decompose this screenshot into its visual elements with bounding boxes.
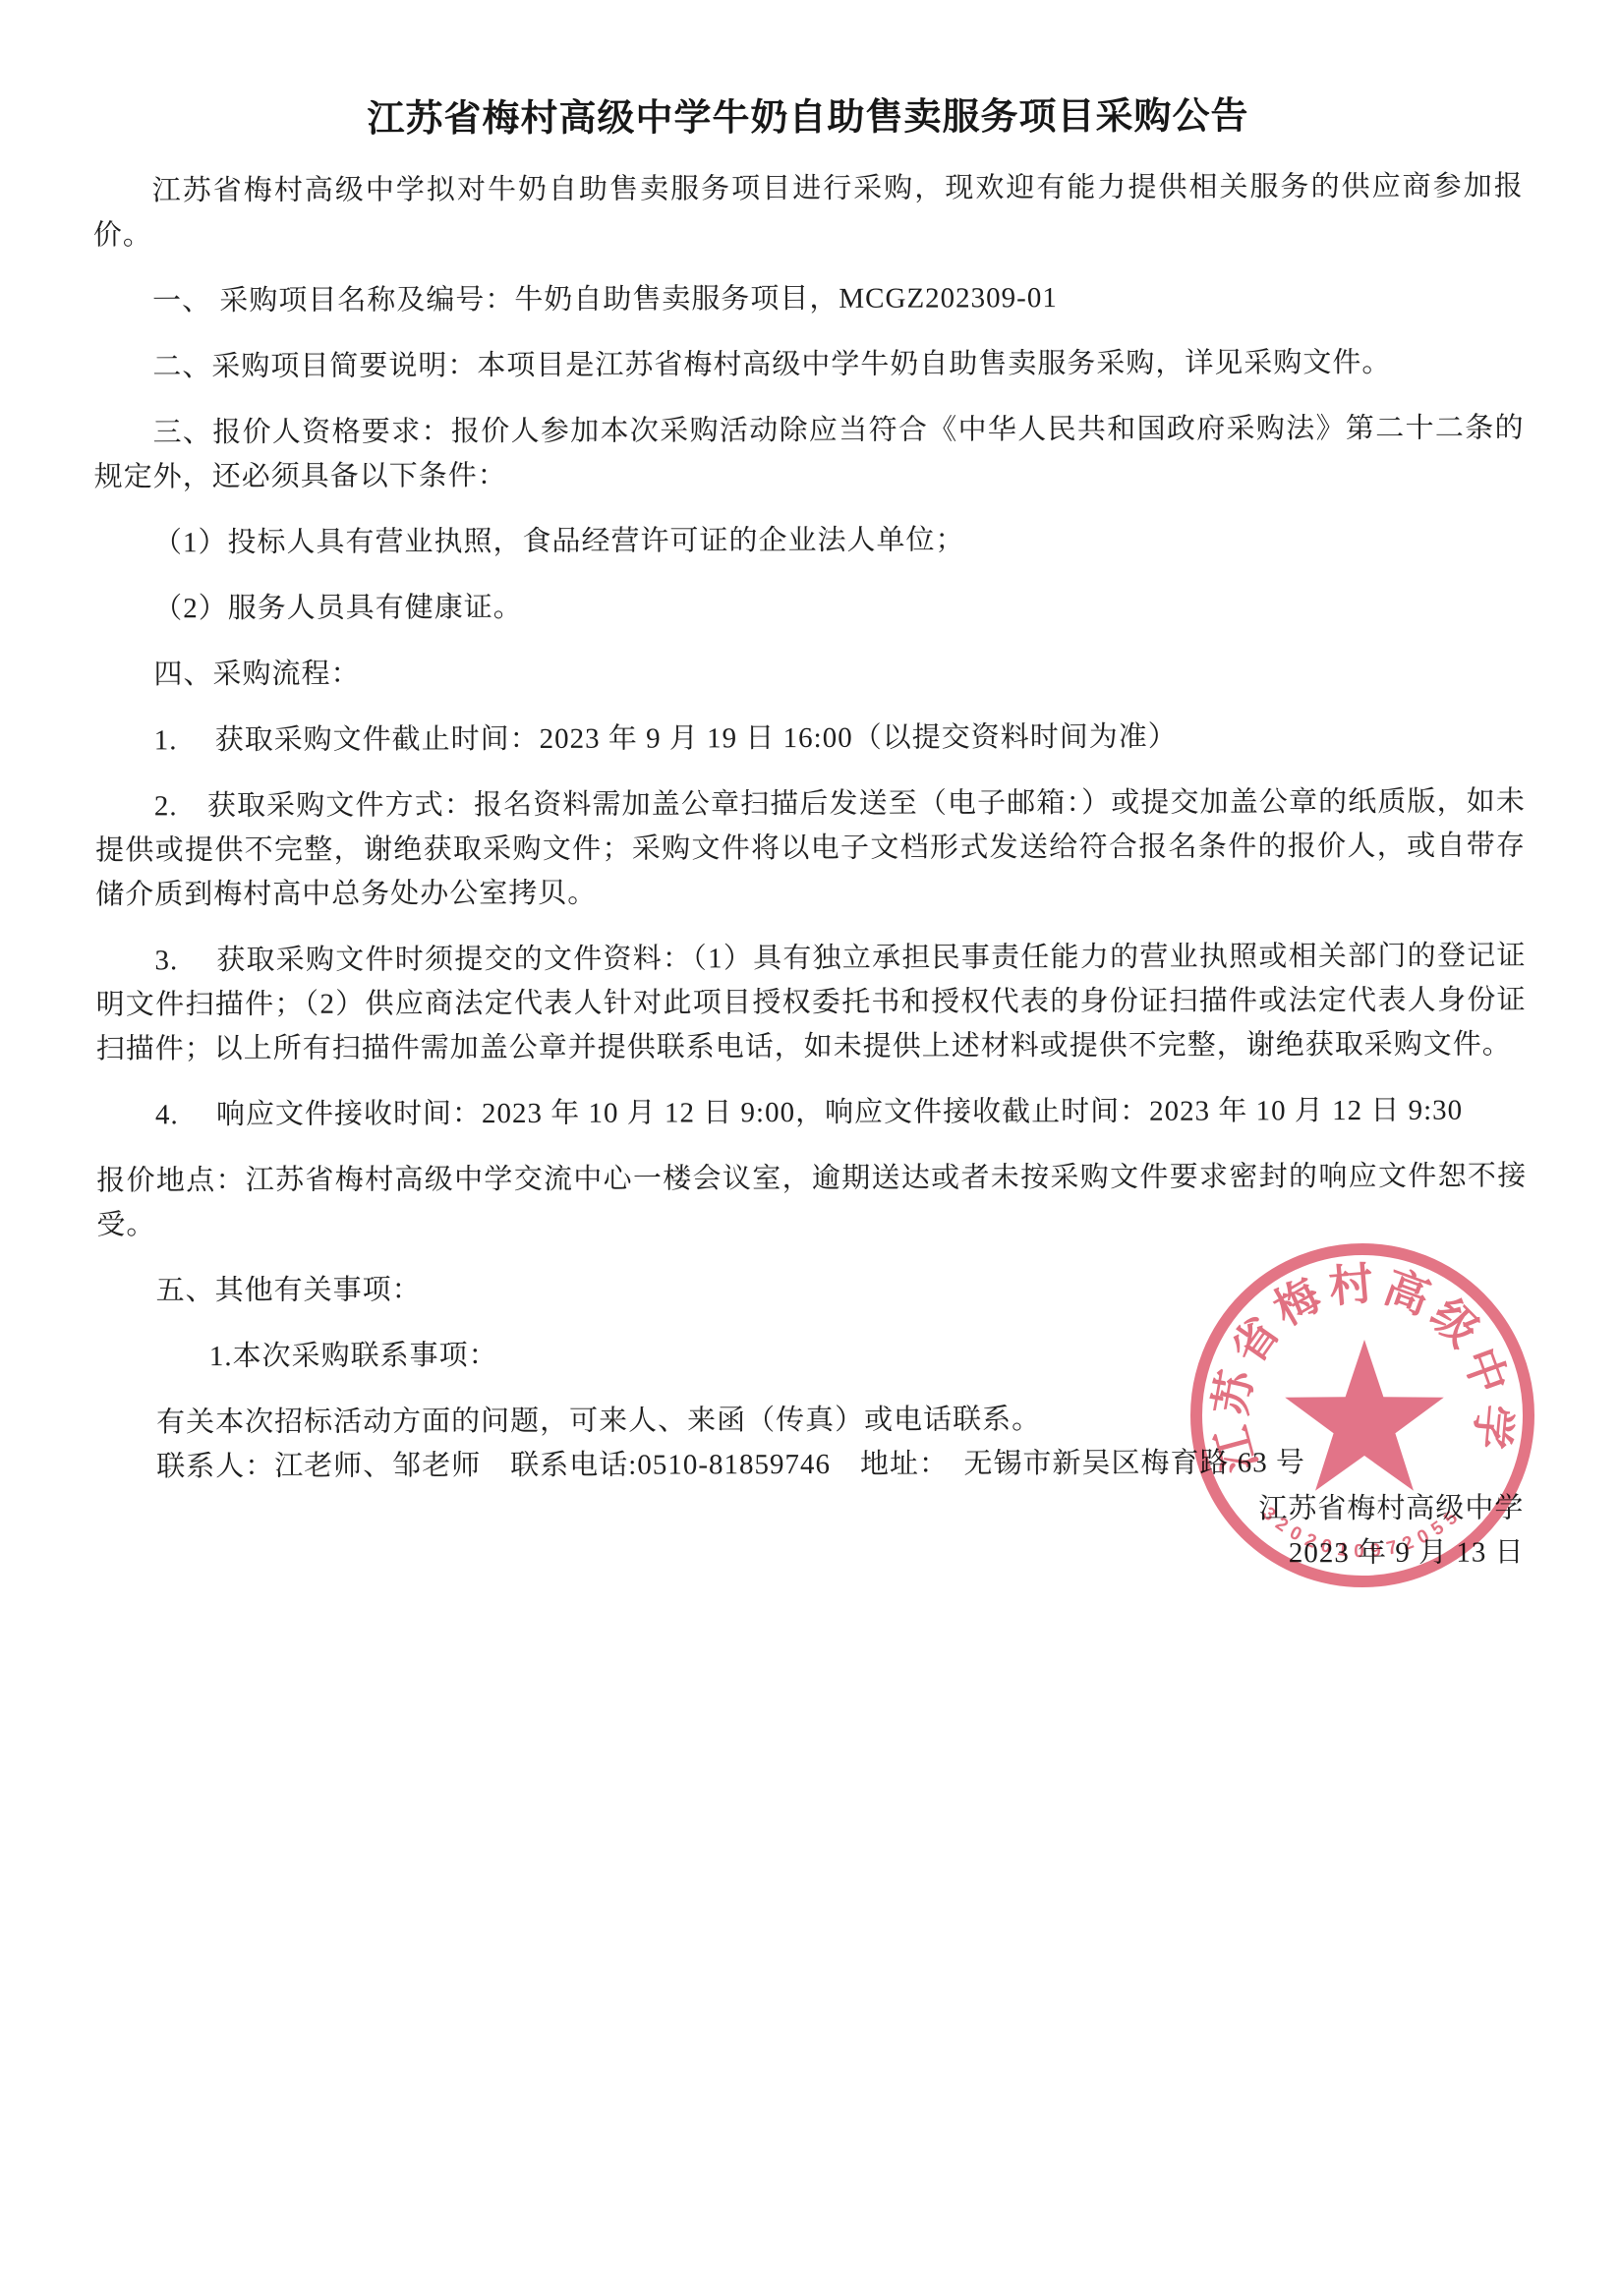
document-page: 江苏省梅村高级中学牛奶自助售卖服务项目采购公告 江苏省梅村高级中学拟对牛奶自助售… (0, 0, 1620, 2296)
para-contact-details: 联系人：江老师、邹老师 联系电话:0510-81859746 地址： 无锡市新吴… (97, 1440, 1528, 1489)
page-title: 江苏省梅村高级中学牛奶自助售卖服务项目采购公告 (92, 91, 1523, 143)
signature-date: 2023 年 9 月 13 日 (97, 1530, 1524, 1579)
para-condition-2: （2）服务人员具有健康证。 (94, 582, 1525, 631)
signature-org: 江苏省梅村高级中学 (97, 1486, 1524, 1535)
signature-block: 江苏省梅村高级中学 2023 年 9 月 13 日 (97, 1486, 1528, 1579)
para-section-3: 三、报价人资格要求：报价人参加本次采购活动除应当符合《中华人民共和国政府采购法》… (93, 406, 1524, 499)
para-section-4: 四、采购流程： (94, 648, 1525, 697)
para-section-2: 二、采购项目简要说明：本项目是江苏省梅村高级中学牛奶自助售卖服务采购，详见采购文… (93, 340, 1524, 389)
para-contact-note: 有关本次招标活动方面的问题，可来人、来函（传真）或电话联系。 (97, 1396, 1528, 1445)
para-section-5: 五、其他有关事项： (97, 1264, 1528, 1313)
document-content: 江苏省梅村高级中学牛奶自助售卖服务项目采购公告 江苏省梅村高级中学拟对牛奶自助售… (92, 91, 1528, 1579)
para-flow-item-4: 4. 响应文件接收时间：2023 年 10 月 12 日 9:00，响应文件接收… (96, 1088, 1527, 1137)
para-quote-location: 报价地点：江苏省梅村高级中学交流中心一楼会议室，逾期送达或者未按采购文件要求密封… (96, 1154, 1527, 1247)
para-intro: 江苏省梅村高级中学拟对牛奶自助售卖服务项目进行采购，现欢迎有能力提供相关服务的供… (93, 164, 1524, 258)
para-contact-heading: 1.本次采购联系事项： (97, 1330, 1528, 1379)
para-flow-item-2: 2. 获取采购文件方式：报名资料需加盖公章扫描后发送至（电子邮箱：）或提交加盖公… (95, 779, 1526, 917)
para-section-1: 一、 采购项目名称及编号：牛奶自助售卖服务项目，MCGZ202309-01 (93, 274, 1524, 323)
para-flow-item-1: 1. 获取采购文件截止时间：2023 年 9 月 19 日 16:00（以提交资… (95, 714, 1526, 763)
para-flow-item-3: 3. 获取采购文件时须提交的文件资料：（1）具有独立承担民事责任能力的营业执照或… (95, 934, 1526, 1071)
para-condition-1: （1）投标人具有营业执照，食品经营许可证的企业法人单位； (94, 516, 1525, 565)
